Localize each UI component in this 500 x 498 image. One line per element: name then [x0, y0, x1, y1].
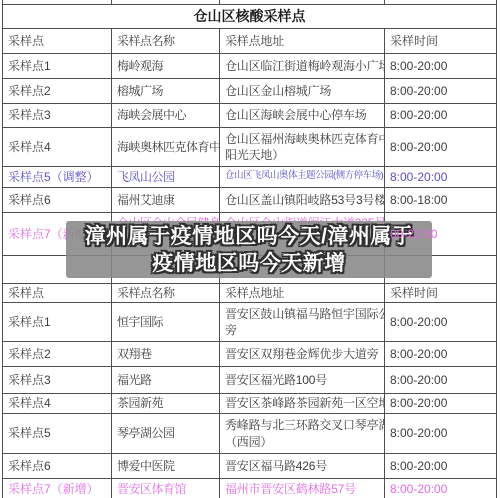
- cell-name: 博爱中医院: [112, 454, 220, 479]
- cell-address: 仓山区临江街道梅岭观海小广场: [220, 53, 385, 78]
- table-row: 采样点3福光路晋安区福光路100号8:00-20:00: [3, 367, 497, 394]
- caption-line1: 漳州属于疫情地区吗今天/漳州属于: [85, 223, 414, 250]
- column-header: 采样时间: [385, 28, 497, 53]
- cell-point: 采样点3: [3, 103, 112, 127]
- column-header: 采样点: [3, 283, 112, 302]
- cell-point: 采样点7（新增）: [3, 479, 112, 498]
- table-row: 采样点4茶园新苑晋安区茶峰路茶园新苑一区空地8:00-20:00: [3, 394, 497, 414]
- table-row: 采样点5（调整）飞凤山公园仓山区飞凤山奥体主题公园(侧方停车场)8:00-20:…: [3, 166, 497, 187]
- cell-name: 榕城广场: [112, 78, 220, 103]
- table-row: 采样点6福州艾迪康仓山区盖山镇阳岐路53号3号楼8:00-18:00: [3, 187, 497, 212]
- cell-time: 8:00-20:00: [385, 454, 497, 479]
- table-row: 采样点7（新增）晋安区体育馆福州市晋安区鹤林路57号8:00-20:00: [3, 479, 497, 498]
- caption-overlay: 漳州属于疫情地区吗今天/漳州属于 疫情地区吗今天新增: [66, 221, 432, 278]
- cell-address: 仓山区福州海峡奥林匹克体育中心（靠 阳光天地）: [220, 127, 385, 166]
- cell-time: 8:00-20:00: [385, 103, 497, 127]
- cell-point: 采样点3: [3, 367, 112, 394]
- cell-name: 恒宇国际: [112, 303, 220, 342]
- cell-point: 采样点6: [3, 454, 112, 479]
- cell-point: 采样点4: [3, 394, 112, 414]
- cell-address: 福州市晋安区鹤林路57号: [220, 479, 385, 498]
- cell-name: 海峡奥林匹克体育中心: [112, 127, 220, 166]
- cell-point: 采样点1: [3, 53, 112, 78]
- cell-time: 8:00-20:00: [385, 78, 497, 103]
- cell-point: 采样点6: [3, 187, 112, 212]
- cell-name: 福州艾迪康: [112, 187, 220, 212]
- cell-point: 采样点1: [3, 303, 112, 342]
- table-row: 采样点2榕城广场仓山区金山榕城广场8:00-20:00: [3, 78, 497, 103]
- cell-address: 仓山区盖山镇阳岐路53号3号楼: [220, 187, 385, 212]
- column-header: 采样时间: [385, 283, 497, 302]
- cell-address: 晋安区双翔巷金辉优步大道旁: [220, 342, 385, 367]
- cell-name: 双翔巷: [112, 342, 220, 367]
- cell-point: 采样点5（调整）: [3, 166, 112, 187]
- cell-time: 00-22:00: [385, 212, 497, 255]
- cell-time: 8:00-20:00: [385, 127, 497, 166]
- column-header: 采样点: [3, 28, 112, 53]
- cell-point: 采样点2: [3, 78, 112, 103]
- table-title: 仓山区核酸采样点: [3, 5, 497, 29]
- cell-address: 仓山区海峡会展中心停车场: [220, 103, 385, 127]
- table-row: 采样点5琴亭湖公园秀峰路与北三环路交叉口琴亭湖公园 （西园）8:00-20:00: [3, 414, 497, 454]
- cell-time: 8:00-20:00: [385, 479, 497, 498]
- cell-time: 8:00-20:00: [385, 367, 497, 394]
- cell-name: 海峡会展中心: [112, 103, 220, 127]
- cell-address: 晋安区茶峰路茶园新苑一区空地: [220, 394, 385, 414]
- column-header-row: 采样点采样点名称采样点地址采样时间: [3, 28, 497, 53]
- table-row: 采样点1梅岭观海仓山区临江街道梅岭观海小广场8:00-20:00: [3, 53, 497, 78]
- cell-time: 8:00-18:00: [385, 187, 497, 212]
- cell-name: 晋安区体育馆: [112, 479, 220, 498]
- page: 仓山区核酸采样点 采样点采样点名称采样点地址采样时间采样点1梅岭观海仓山区临江街…: [0, 0, 500, 498]
- table-title-row: 仓山区核酸采样点: [3, 5, 497, 29]
- cell-address: 晋安区福马路426号: [220, 454, 385, 479]
- caption-line2: 疫情地区吗今天新增: [152, 250, 346, 277]
- cell-time: 8:00-20:00: [385, 342, 497, 367]
- column-header: 采样点地址: [220, 28, 385, 53]
- cell-name: 茶园新苑: [112, 394, 220, 414]
- cell-name: 琴亭湖公园: [112, 414, 220, 454]
- cell-address: 仓山区金山榕城广场: [220, 78, 385, 103]
- column-header: 采样点名称: [112, 28, 220, 53]
- cell-time: 8:00-20:00: [385, 166, 497, 187]
- cell-name: 梅岭观海: [112, 53, 220, 78]
- cell-time: 8:00-20:00: [385, 53, 497, 78]
- cell-address: 秀峰路与北三环路交叉口琴亭湖公园 （西园）: [220, 414, 385, 454]
- cell-time: 8:00-20:00: [385, 303, 497, 342]
- cell-time: 8:00-20:00: [385, 394, 497, 414]
- table-row: 采样点3海峡会展中心仓山区海峡会展中心停车场8:00-20:00: [3, 103, 497, 127]
- column-header: 采样点名称: [112, 283, 220, 302]
- cell-address: 晋安区鼓山镇福马路恒宇国际公园车站 旁: [220, 303, 385, 342]
- table-row: 采样点4海峡奥林匹克体育中心仓山区福州海峡奥林匹克体育中心（靠 阳光天地）8:0…: [3, 127, 497, 166]
- cell-name: 福光路: [112, 367, 220, 394]
- cell-point: 采样点4: [3, 127, 112, 166]
- cell-point: 采样点2: [3, 342, 112, 367]
- column-header: 采样点地址: [220, 283, 385, 302]
- cell-point: 采样点5: [3, 414, 112, 454]
- column-header-row: 采样点采样点名称采样点地址采样时间: [3, 283, 497, 302]
- cell-address: 仓山区飞凤山奥体主题公园(侧方停车场): [220, 166, 385, 187]
- cell-time: 8:00-20:00: [385, 414, 497, 454]
- table-row: 采样点1恒宇国际晋安区鼓山镇福马路恒宇国际公园车站 旁8:00-20:00: [3, 303, 497, 342]
- cell-name: 飞凤山公园: [112, 166, 220, 187]
- table-row: 采样点6博爱中医院晋安区福马路426号8:00-20:00: [3, 454, 497, 479]
- cell-address: 晋安区福光路100号: [220, 367, 385, 394]
- table-row: 采样点2双翔巷晋安区双翔巷金辉优步大道旁8:00-20:00: [3, 342, 497, 367]
